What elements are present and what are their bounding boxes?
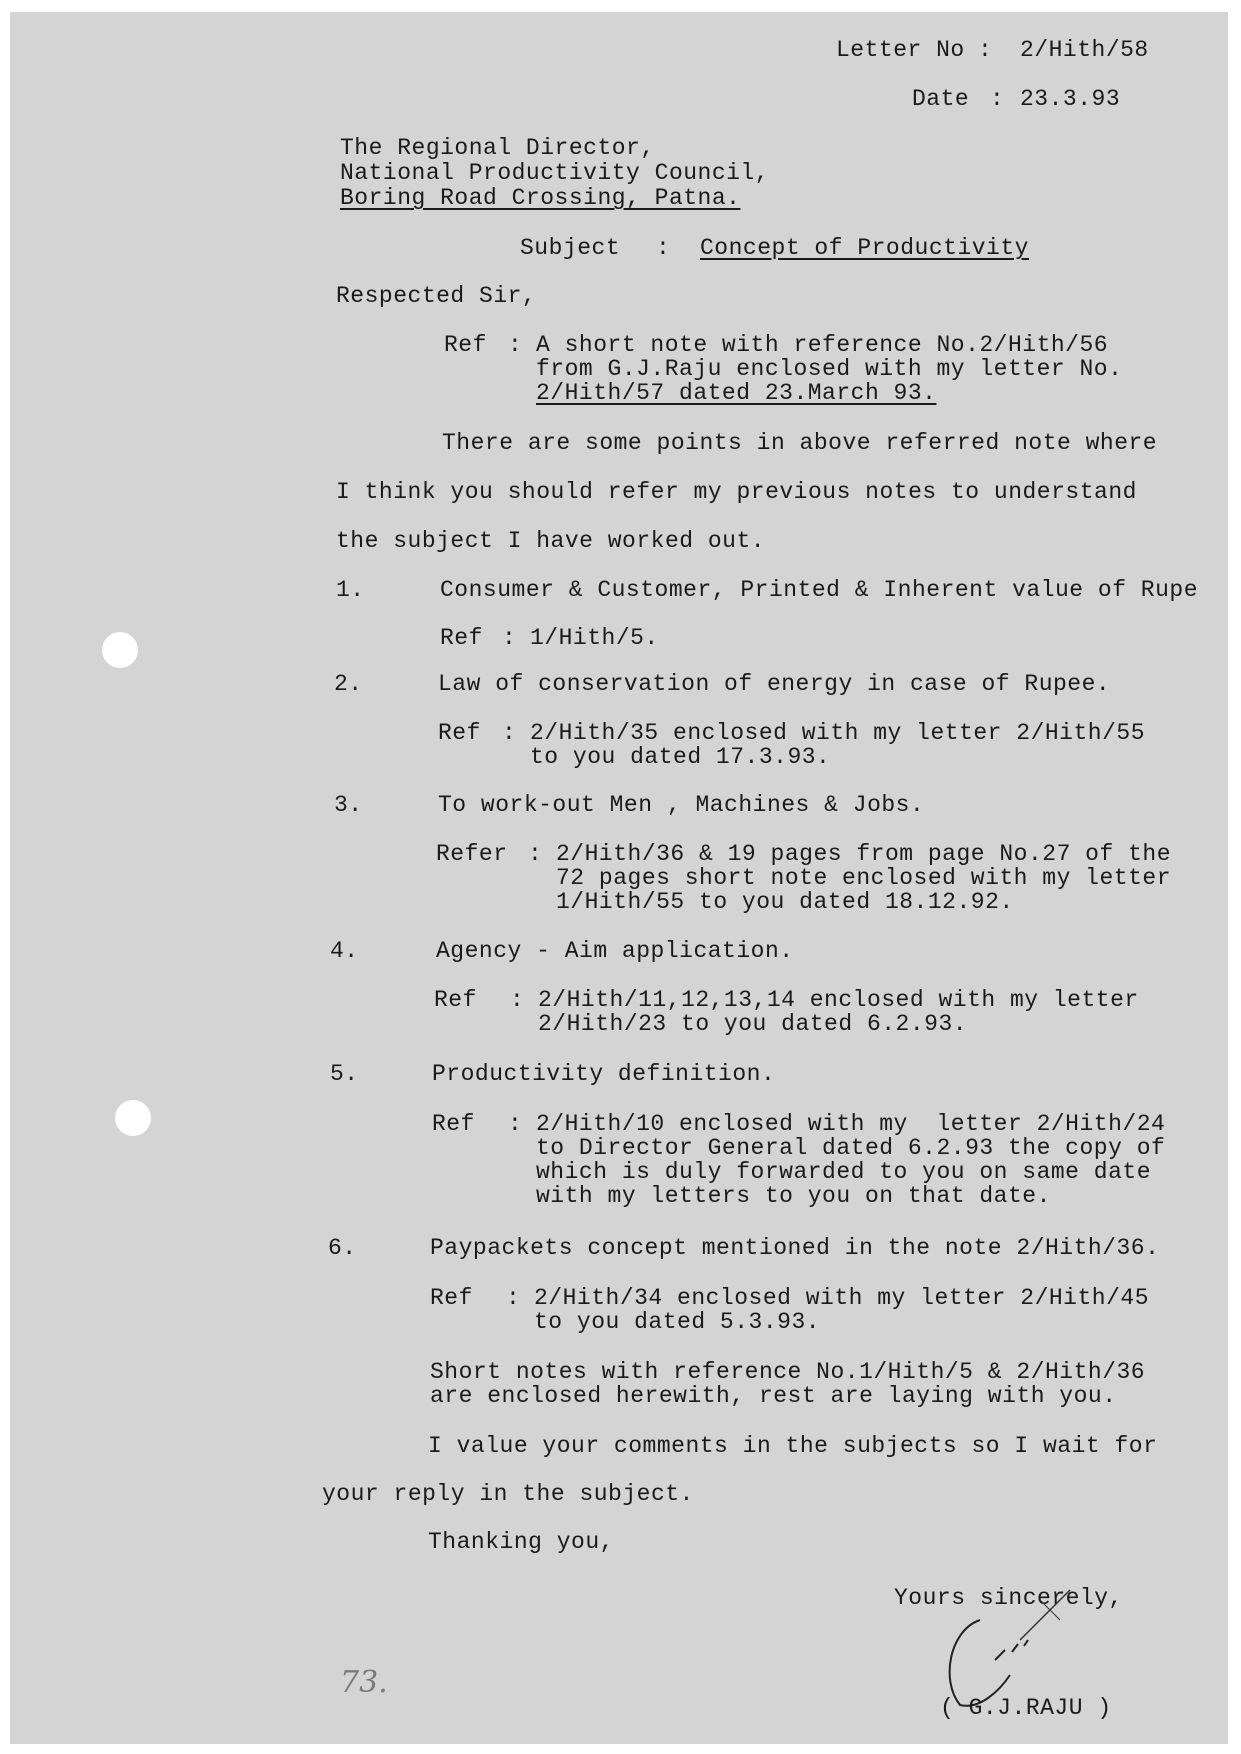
closing-line: I value your comments in the subjects so… [428,1434,1157,1458]
point-title: To work-out Men , Machines & Jobs. [438,793,924,817]
point-title: Paypackets concept mentioned in the note… [430,1236,1159,1260]
enclosure-line: are enclosed herewith, rest are laying w… [430,1384,1117,1408]
point-ref-label: Ref [440,626,483,650]
point-ref-line: to you dated 17.3.93. [530,745,830,769]
point-ref-line: 1/Hith/55 to you dated 18.12.92. [556,890,1014,914]
colon: : [510,988,524,1012]
intro-line: There are some points in above referred … [442,431,1157,455]
date-label: Date [912,87,969,111]
point-ref-line: 2/Hith/11,12,13,14 enclosed with my lett… [538,988,1139,1012]
letter-no: 2/Hith/58 [1020,38,1149,62]
point-number: 6. [328,1236,357,1260]
point-ref-label: Ref [434,988,477,1012]
point-title: Law of conservation of energy in case of… [438,672,1110,696]
enclosure-line: Short notes with reference No.1/Hith/5 &… [430,1360,1145,1384]
point-ref-line: which is duly forwarded to you on same d… [536,1160,1151,1184]
point-ref-line: to you dated 5.3.93. [534,1310,820,1334]
point-number: 4. [330,939,359,963]
point-ref-label: Refer [436,842,508,866]
page-number-handwritten: 73. [340,1665,388,1700]
ref-line: from G.J.Raju enclosed with my letter No… [536,357,1122,381]
point-ref-label: Ref [432,1112,475,1136]
colon: : [506,1286,520,1310]
ref-line: 2/Hith/57 dated 23.March 93. [536,381,936,405]
point-ref-line: 72 pages short note enclosed with my let… [556,866,1171,890]
colon: : [656,236,670,260]
ref-line: A short note with reference No.2/Hith/56 [536,333,1108,357]
colon: : [502,721,516,745]
signatory-name: ( G.J.RAJU ) [940,1696,1112,1720]
recipient-line: Boring Road Crossing, Patna. [340,186,740,210]
point-ref-line: 2/Hith/35 enclosed with my letter 2/Hith… [530,721,1145,745]
point-title: Consumer & Customer, Printed & Inherent … [440,578,1198,602]
point-ref-line: 2/Hith/23 to you dated 6.2.93. [538,1012,967,1036]
subject-text: Concept of Productivity [700,236,1029,260]
closing-line: your reply in the subject. [322,1482,694,1506]
punch-hole [115,1100,151,1136]
point-title: Productivity definition. [432,1062,775,1086]
point-number: 2. [334,672,363,696]
point-title: Agency - Aim application. [436,939,794,963]
point-ref-line: 2/Hith/36 & 19 pages from page No.27 of … [556,842,1171,866]
point-ref-line: 1/Hith/5. [530,626,659,650]
colon: : [508,1112,522,1136]
colon: : [528,842,542,866]
point-number: 5. [330,1062,359,1086]
recipient-line: The Regional Director, [340,136,655,160]
subject-label: Subject [520,236,620,260]
letter-date: 23.3.93 [1020,87,1120,111]
point-ref-label: Ref [438,721,481,745]
punch-hole [102,632,138,668]
point-ref-line: 2/Hith/10 enclosed with my letter 2/Hith… [536,1112,1165,1136]
ref-label: Ref [444,333,487,357]
point-ref-label: Ref [430,1286,473,1310]
colon: : [978,38,992,62]
point-ref-line: with my letters to you on that date. [536,1184,1051,1208]
point-ref-line: 2/Hith/34 enclosed with my letter 2/Hith… [534,1286,1149,1310]
point-ref-line: to Director General dated 6.2.93 the cop… [536,1136,1165,1160]
thanks: Thanking you, [428,1530,614,1554]
intro-line: the subject I have worked out. [336,529,765,553]
colon: : [502,626,516,650]
colon: : [990,87,1004,111]
point-number: 1. [336,578,365,602]
point-number: 3. [334,793,363,817]
salutation: Respected Sir, [336,284,536,308]
intro-line: I think you should refer my previous not… [336,480,1137,504]
letter-no-label: Letter No [836,38,965,62]
recipient-line: National Productivity Council, [340,161,769,185]
colon: : [508,333,522,357]
